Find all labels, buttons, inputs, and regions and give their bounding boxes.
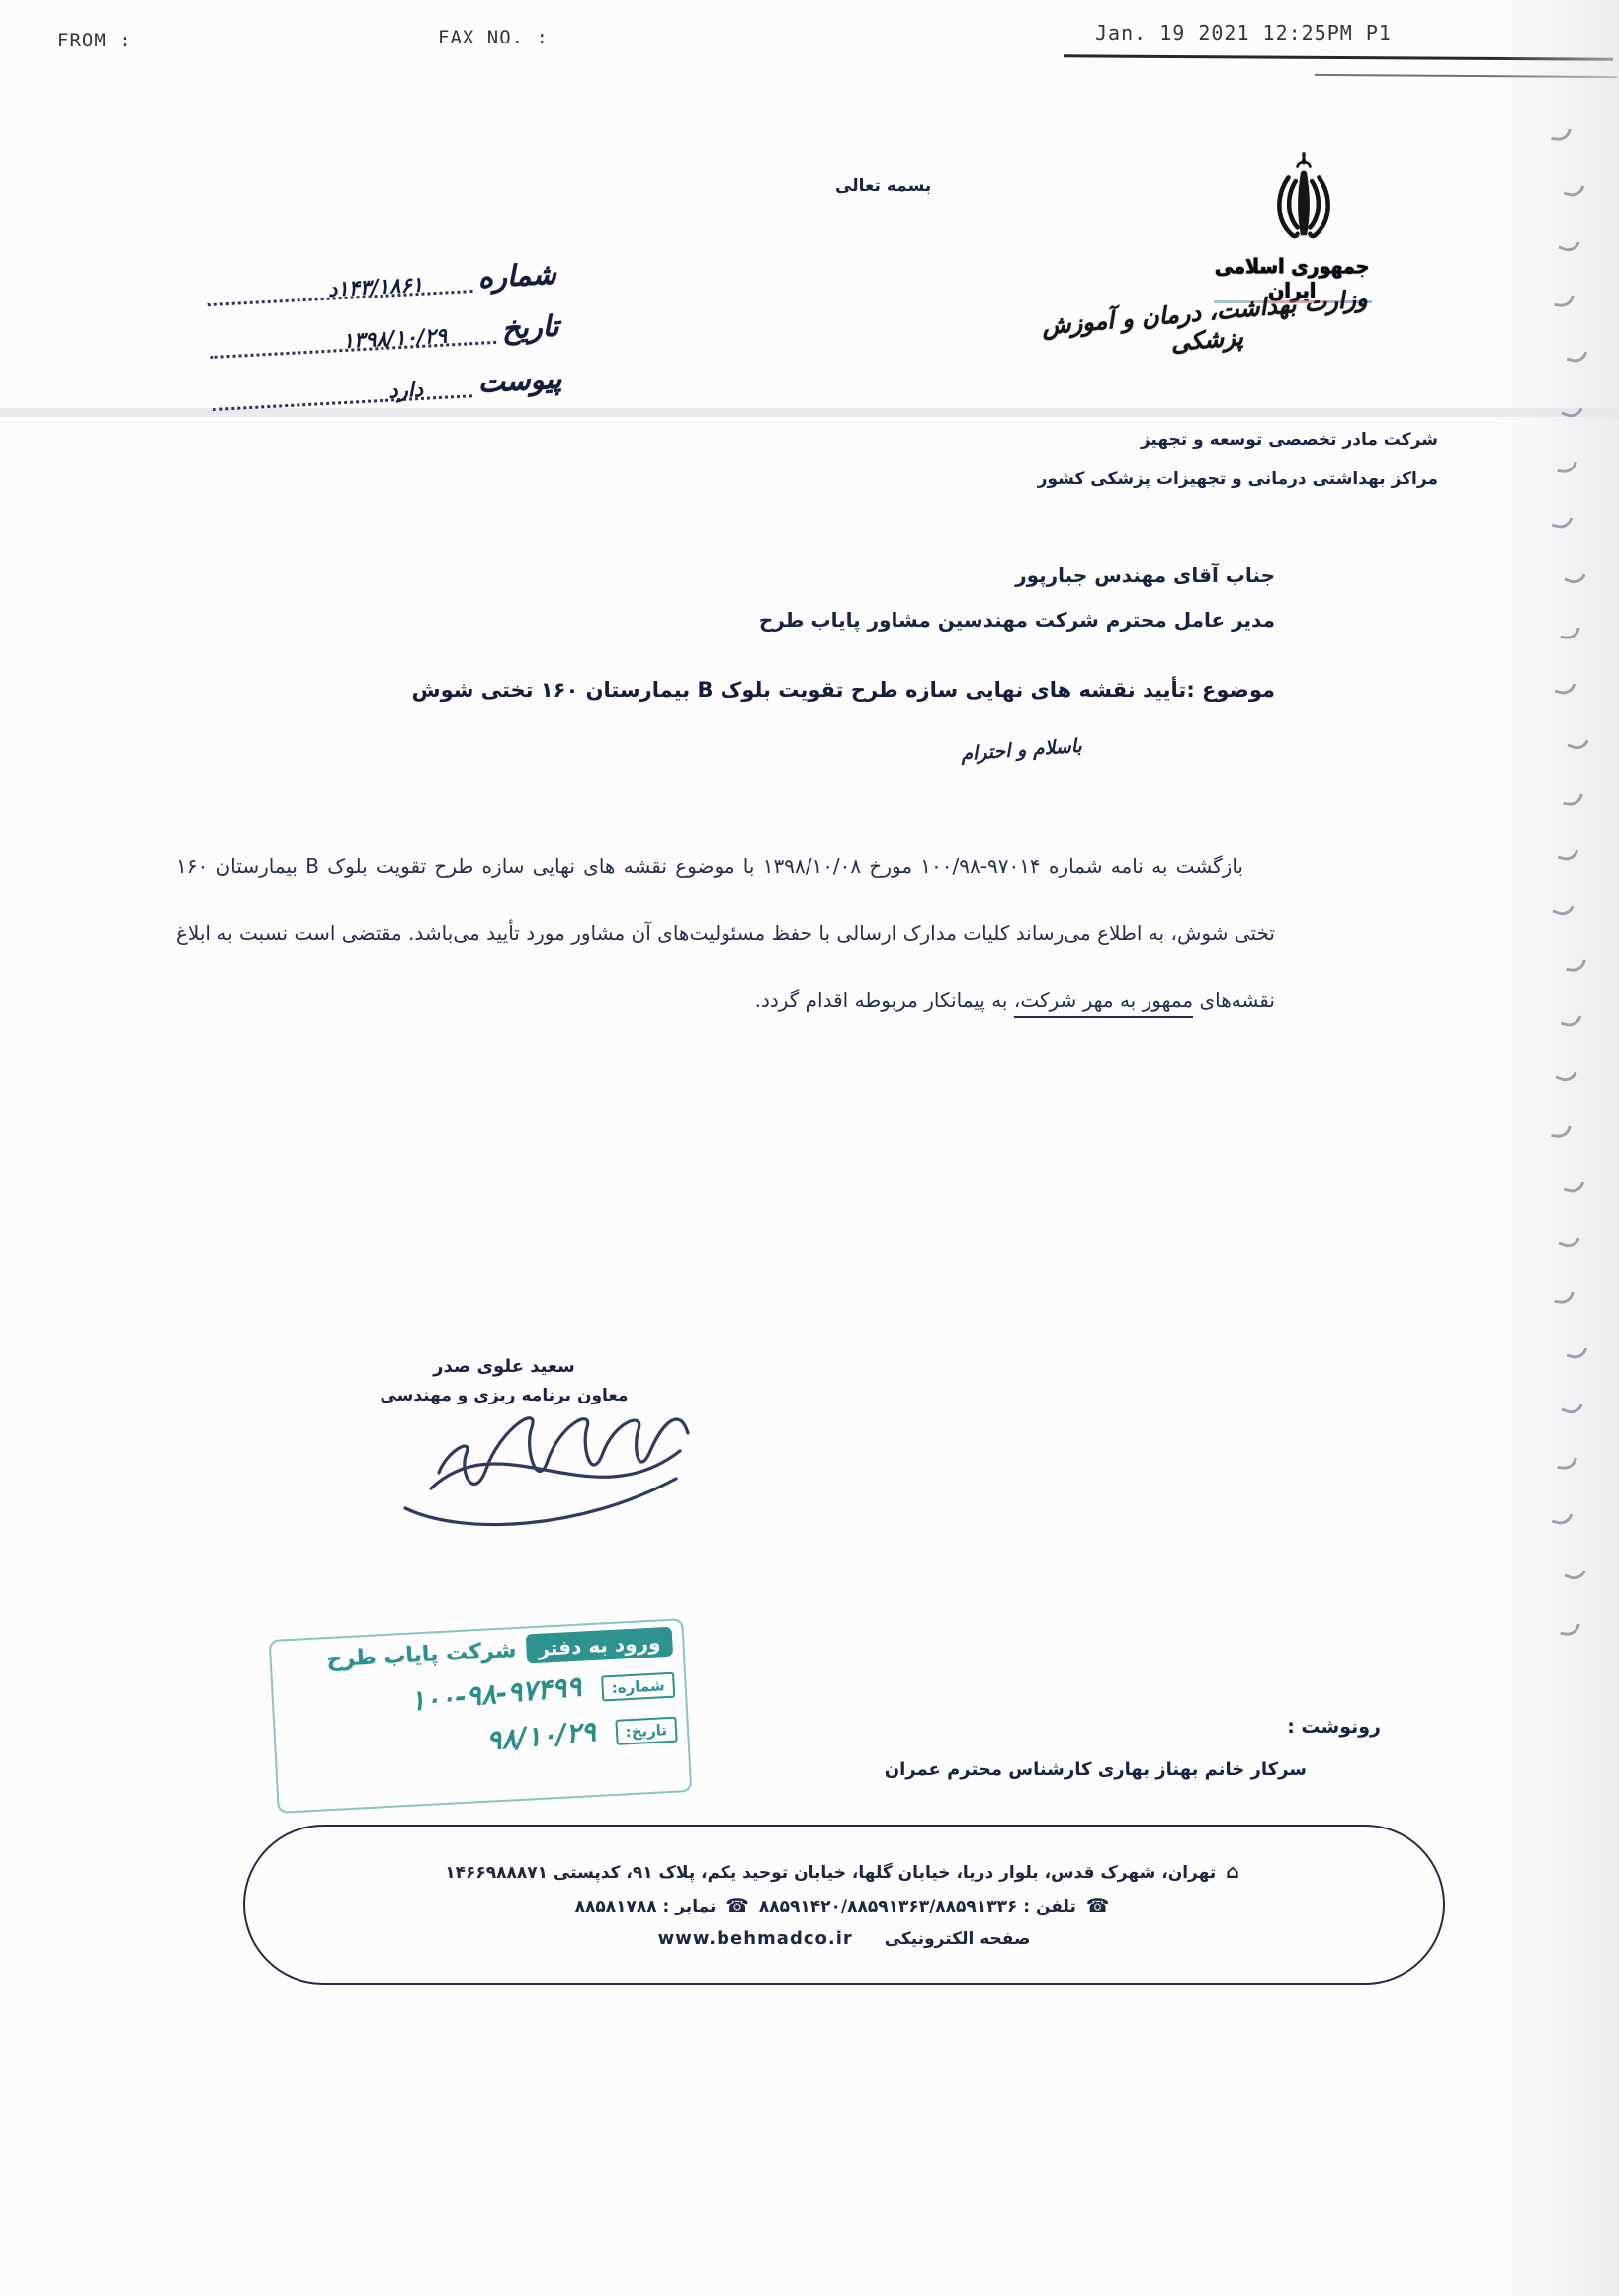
attachment-value-handwritten: دارد [388,378,424,403]
fax-datetime: Jan. 19 2021 12:25PM P1 [1095,21,1392,44]
attachment-dotted-line: دارد [211,361,472,411]
stamp-number-label: شماره: [601,1671,675,1701]
footer-website-line: صفحه الکترونیکی www.behmadco.ir [245,1928,1443,1949]
footer-phone-line: ☎ تلفن : ۸۸۵۹۱۴۲۰/۸۸۵۹۱۳۶۳/۸۸۵۹۱۳۳۶ ☎ نم… [245,1895,1443,1916]
stamp-date-label: تاریخ: [615,1716,678,1744]
website-label: صفحه الکترونیکی [885,1929,1031,1949]
phone-icon: ☎ [1086,1895,1110,1916]
recipient-title: مدیر عامل محترم شرکت مهندسین مشاور پایاب… [759,608,1275,632]
recipient-block: جناب آقای مهندس جبارپور مدیر عامل محترم … [759,563,1275,632]
salutation: باسلام و احترام [961,735,1083,766]
fax-label: نمابر : [663,1897,717,1916]
number-label: شماره [477,260,557,293]
phone-label: تلفن : [1023,1897,1076,1916]
phone-numbers: ۸۸۵۹۱۴۲۰/۸۸۵۹۱۳۶۳/۸۸۵۹۱۳۳۶ [759,1897,1017,1916]
fax-icon: ☎ [725,1895,749,1916]
attachment-label: پیوست [477,365,562,397]
organization-line1: شرکت مادر تخصصی توسعه و تجهیز [1023,420,1438,460]
fax-page: FROM : FAX NO. : Jan. 19 2021 12:25PM P1… [0,0,1619,2296]
letter-body: بازگشت به نامه شماره ‪۱۰۰/۹۸-۹۷۰۱۴‬ مورخ… [176,832,1275,1034]
recipient-name: جناب آقای مهندس جبارپور [759,563,1275,587]
organization-line2: مراکز بهداشتی درمانی و تجهیزات پزشکی کشو… [1023,460,1438,499]
footer-address: تهران، شهرک قدس، بلوار دریا، خیابان گلها… [445,1863,1216,1883]
reference-block: شماره ‭د۱۴۳/۱۸۶۱‬ تاریخ ۱۳۹۸/۱۰/۲۹ پیوست… [199,236,562,412]
iran-emblem-icon [1263,150,1344,253]
date-label: تاریخ [501,312,559,344]
bismillah-text: بسمه تعالی [835,176,931,196]
number-value-handwritten: ‭د۱۴۳/۱۸۶۱‬ [327,273,423,301]
stamp-title: ورود به دفتر شرکت پایاب طرح [281,1627,673,1677]
organization-name: شرکت مادر تخصصی توسعه و تجهیز مراکز بهدا… [1023,420,1438,499]
stamp-number-handwritten: ‪۱۰۰-۹۸-۹۷۴۹۹‬ [409,1670,583,1718]
fax-number: ۸۸۵۸۱۷۸۸ [575,1897,657,1916]
body-underlined-phrase: ممهور به مهر شرکت، [1014,988,1193,1012]
stamp-title-chip: ورود به دفتر [526,1627,674,1664]
company-entry-stamp: ورود به دفتر شرکت پایاب طرح شماره: ‪۱۰۰-… [269,1618,693,1814]
ministry-calligraphy: وزارت بهداشت، درمان و آموزش پزشکی [1026,283,1386,369]
stamp-title-rest: شرکت پایاب طرح [326,1638,517,1672]
stamp-number-row: شماره: ‪۱۰۰-۹۸-۹۷۴۹۹‬ [283,1668,675,1722]
body-part2: به پیمانکار مربوطه اقدام گردد. [755,988,1014,1012]
house-icon: ⌂ [1226,1861,1239,1883]
scan-shadow [1491,0,1619,2296]
subject-line: موضوع :تأیید نقشه های نهایی سازه طرح تقو… [412,678,1275,702]
letterhead-footer: ⌂ تهران، شهرک قدس، بلوار دریا، خیابان گل… [243,1825,1445,1985]
handwritten-signature [383,1382,700,1550]
stamp-date-handwritten: ۹۸/۱۰/۲۹ [485,1715,597,1757]
fax-number-label: FAX NO. : [438,27,549,48]
website-url: www.behmadco.ir [658,1928,853,1949]
cc-recipient: سرکار خانم بهناز بهاری کارشناس محترم عمر… [885,1759,1307,1780]
footer-address-line: ⌂ تهران، شهرک قدس، بلوار دریا، خیابان گل… [245,1861,1443,1883]
signatory-name: سعید علوی صدر [390,1356,618,1377]
stamp-date-row: تاریخ: ۹۸/۱۰/۲۹ [286,1713,678,1766]
cc-label: رونوشت : [1287,1716,1381,1738]
fax-from-label: FROM : [57,30,131,51]
